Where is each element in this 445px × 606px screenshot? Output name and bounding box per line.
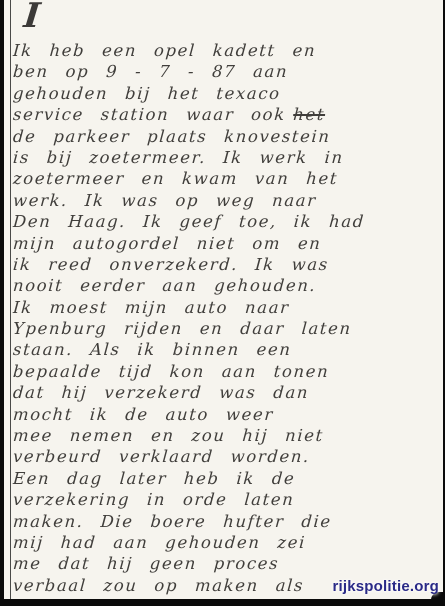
handwriting-line: Ypenburg rijden en daar laten	[12, 318, 441, 339]
handwriting-line: me dat hij geen proces	[12, 553, 441, 574]
handwriting-line: Ik heb een opel kadett en	[12, 40, 441, 61]
handwriting-line: gehouden bij het texaco	[12, 83, 441, 104]
handwritten-body: Ik heb een opel kadett en ben op 9 - 7 -…	[13, 40, 441, 596]
handwriting-line: zoetermeer en kwam van het	[12, 168, 441, 189]
page-number-roman-numeral: I	[22, 0, 44, 36]
handwriting-line: verbeurd verklaard worden.	[12, 446, 441, 467]
handwriting-line: nooit eerder aan gehouden.	[12, 275, 441, 296]
handwriting-line: staan. Als ik binnen een	[12, 339, 441, 360]
handwriting-line: bepaalde tijd kon aan tonen	[12, 361, 441, 382]
scan-border-bottom	[0, 599, 445, 606]
handwriting-line: mocht ik de auto weer	[12, 404, 441, 425]
handwriting-line: is bij zoetermeer. Ik werk in	[12, 147, 441, 168]
handwriting-line: dat hij verzekerd was dan	[12, 382, 441, 403]
handwriting-line: mij had aan gehouden zei	[12, 532, 441, 553]
crossed-out-word: het	[293, 105, 326, 124]
handwriting-line: Den Haag. Ik geef toe, ik had	[12, 211, 441, 232]
handwriting-line: service station waar ookhet	[12, 104, 441, 125]
handwriting-line: ben op 9 - 7 - 87 aan	[12, 61, 441, 82]
handwriting-line: Ik moest mijn auto naar	[12, 297, 441, 318]
handwriting-line: mee nemen en zou hij niet	[12, 425, 441, 446]
handwriting-line: verzekering in orde laten	[12, 489, 441, 510]
handwriting-line: de parkeer plaats knovestein	[12, 126, 441, 147]
line-text: service station waar ook	[12, 105, 286, 124]
scan-border-left	[0, 0, 4, 606]
watermark-rijkspolitie: rijkspolitie.org	[332, 578, 439, 595]
handwriting-line: ik reed onverzekerd. Ik was	[12, 254, 441, 275]
handwriting-line: mijn autogordel niet om en	[12, 233, 441, 254]
scanned-handwritten-statement-page: I Ik heb een opel kadett en ben op 9 - 7…	[0, 0, 445, 606]
handwriting-line: Een dag later heb ik de	[12, 468, 441, 489]
margin-line	[10, 0, 11, 599]
handwriting-line: maken. Die boere hufter die	[12, 511, 441, 532]
handwriting-line: werk. Ik was op weg naar	[12, 190, 441, 211]
